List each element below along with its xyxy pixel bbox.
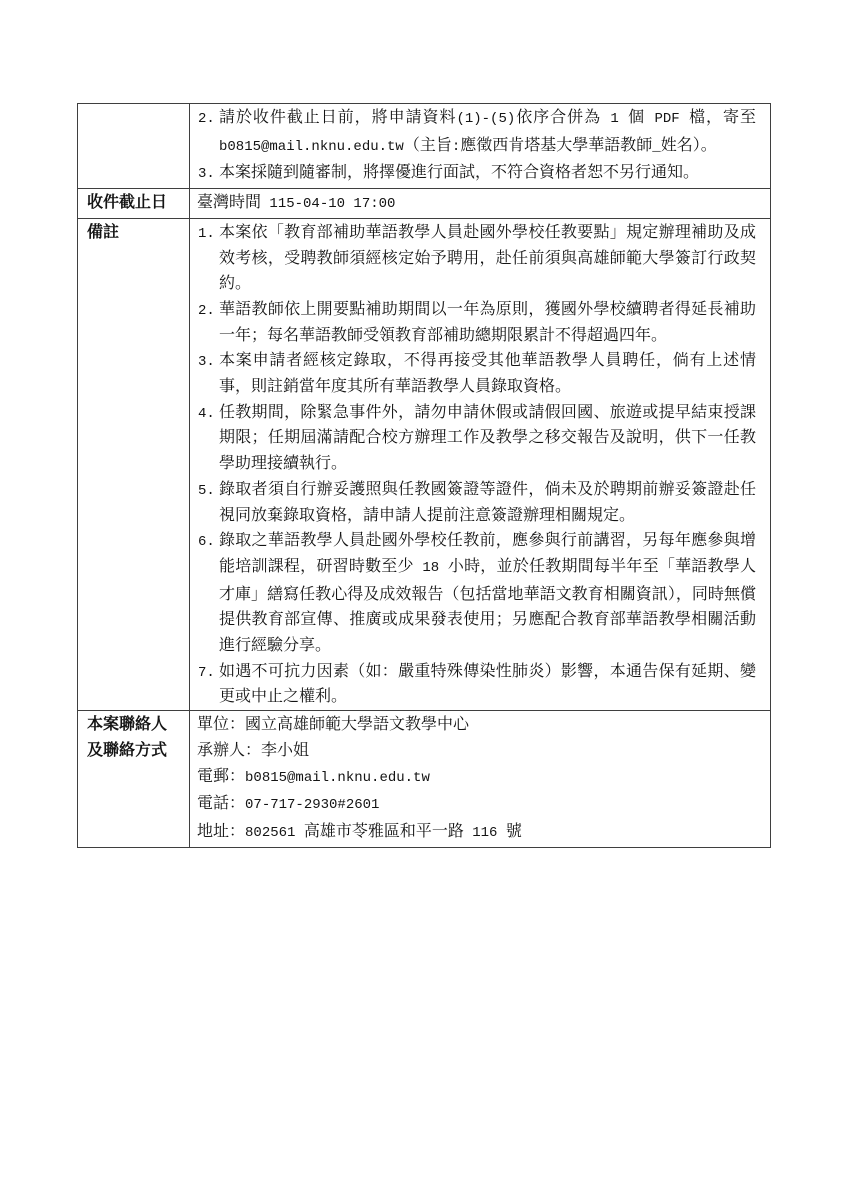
row-content-cell: 2.請於收件截止日前，將申請資料(1)-(5)依序合併為 1 個 PDF 檔，寄… <box>190 104 771 189</box>
latin-run: 5. <box>198 483 215 499</box>
latin-run: 1 <box>601 111 628 127</box>
text-line: 地址：802561 高雄市苓雅區和平一路 116 號 <box>190 819 770 847</box>
latin-run: 6. <box>198 534 215 550</box>
list-item-number: 2. <box>198 105 219 160</box>
latin-run: b0815@mail.nknu.edu.tw <box>245 770 430 786</box>
list-item-number: 6. <box>198 528 219 659</box>
list-item: 3.本案申請者經核定錄取，不得再接受其他華語教學人員聘任，倘有上述情事，則註銷當… <box>190 348 770 399</box>
list-item-number: 3. <box>198 348 219 399</box>
list-item-text: 本案採隨到隨審制，將擇優進行面試，不符合資格者恕不另行通知。 <box>219 160 770 188</box>
row-label: 備註 <box>87 220 185 246</box>
latin-run: (1)-(5) <box>456 111 515 127</box>
latin-run: 07-717-2930#2601 <box>245 797 379 813</box>
list-item-number: 4. <box>198 400 219 477</box>
list-item: 2.華語教師依上開要點補助期間以一年為原則，獲國外學校續聘者得延長補助一年；每名… <box>190 297 770 348</box>
latin-run: : <box>452 139 460 155</box>
table-row: 2.請於收件截止日前，將申請資料(1)-(5)依序合併為 1 個 PDF 檔，寄… <box>78 104 771 189</box>
list-item: 1.本案依「教育部補助華語教學人員赴國外學校任教要點」規定辦理補助及成效考核，受… <box>190 220 770 297</box>
text-line: 電郵：b0815@mail.nknu.edu.tw <box>190 764 770 792</box>
list-item: 7.如遇不可抗力因素（如：嚴重特殊傳染性肺炎）影響，本通告保有延期、變更或中止之… <box>190 659 770 710</box>
latin-run: _ <box>652 139 660 155</box>
text-line: 承辦人：李小姐 <box>190 738 770 764</box>
row-content-cell: 單位：國立高雄師範大學語文教學中心承辦人：李小姐電郵：b0815@mail.nk… <box>190 711 771 848</box>
list-item-text: 錄取之華語教學人員赴國外學校任教前，應參與行前講習，另每年應參與增能培訓課程，研… <box>219 528 770 659</box>
table-row: 收件截止日臺灣時間 115-04-10 17:00 <box>78 189 771 219</box>
list-item: 6.錄取之華語教學人員赴國外學校任教前，應參與行前講習，另每年應參與增能培訓課程… <box>190 528 770 659</box>
row-content-cell: 臺灣時間 115-04-10 17:00 <box>190 189 771 219</box>
row-label-cell: 本案聯絡人及聯絡方式 <box>78 711 190 848</box>
table-row: 本案聯絡人及聯絡方式單位：國立高雄師範大學語文教學中心承辦人：李小姐電郵：b08… <box>78 711 771 848</box>
latin-run: 2. <box>198 111 215 127</box>
latin-run: 3. <box>198 354 215 370</box>
list-item: 2.請於收件截止日前，將申請資料(1)-(5)依序合併為 1 個 PDF 檔，寄… <box>190 105 770 160</box>
latin-run: 4. <box>198 406 215 422</box>
row-label: 收件截止日 <box>87 190 185 216</box>
list-item-number: 5. <box>198 477 219 528</box>
row-label-cell <box>78 104 190 189</box>
text-line: 臺灣時間 115-04-10 17:00 <box>190 190 770 218</box>
list-item-text: 本案依「教育部補助華語教學人員赴國外學校任教要點」規定辦理補助及成效考核，受聘教… <box>219 220 770 297</box>
list-item-number: 7. <box>198 659 219 710</box>
list-item-text: 如遇不可抗力因素（如：嚴重特殊傳染性肺炎）影響，本通告保有延期、變更或中止之權利… <box>219 659 770 710</box>
latin-run: 2. <box>198 303 215 319</box>
row-label-cell: 收件截止日 <box>78 189 190 219</box>
list-item-text: 華語教師依上開要點補助期間以一年為原則，獲國外學校續聘者得延長補助一年；每名華語… <box>219 297 770 348</box>
list-item-text: 錄取者須自行辦妥護照與任教國簽證等證件，倘未及於聘期前辦妥簽證赴任視同放棄錄取資… <box>219 477 770 528</box>
list-item-text: 任教期間，除緊急事件外，請勿申請休假或請假回國、旅遊或提早結束授課期限；任期屆滿… <box>219 400 770 477</box>
latin-run: 802561 <box>245 825 304 841</box>
row-label: 本案聯絡人 <box>87 712 185 738</box>
list-item-number: 1. <box>198 220 219 297</box>
list-item-number: 3. <box>198 160 219 188</box>
row-label-cell: 備註 <box>78 218 190 710</box>
row-label: 及聯絡方式 <box>87 738 185 764</box>
table-row: 備註1.本案依「教育部補助華語教學人員赴國外學校任教要點」規定辦理補助及成效考核… <box>78 218 771 710</box>
row-content-cell: 1.本案依「教育部補助華語教學人員赴國外學校任教要點」規定辦理補助及成效考核，受… <box>190 218 771 710</box>
latin-run: b0815@mail.nknu.edu.tw <box>219 139 404 155</box>
notice-table: 2.請於收件截止日前，將申請資料(1)-(5)依序合併為 1 個 PDF 檔，寄… <box>77 103 771 848</box>
latin-run: 3. <box>198 166 215 182</box>
text-line: 電話：07-717-2930#2601 <box>190 791 770 819</box>
list-item-number: 2. <box>198 297 219 348</box>
latin-run: 1. <box>198 226 215 242</box>
text-line: 單位：國立高雄師範大學語文教學中心 <box>190 712 770 738</box>
list-item-text: 本案申請者經核定錄取，不得再接受其他華語教學人員聘任，倘有上述情事，則註銷當年度… <box>219 348 770 399</box>
latin-run: 18 <box>414 560 448 576</box>
latin-run: PDF <box>645 111 689 127</box>
list-item: 5.錄取者須自行辦妥護照與任教國簽證等證件，倘未及於聘期前辦妥簽證赴任視同放棄錄… <box>190 477 770 528</box>
document-page: 2.請於收件截止日前，將申請資料(1)-(5)依序合併為 1 個 PDF 檔，寄… <box>0 0 848 1200</box>
latin-run: 7. <box>198 665 215 681</box>
list-item: 4.任教期間，除緊急事件外，請勿申請休假或請假回國、旅遊或提早結束授課期限；任期… <box>190 400 770 477</box>
list-item-text: 請於收件截止日前，將申請資料(1)-(5)依序合併為 1 個 PDF 檔，寄至 … <box>219 105 770 160</box>
list-item: 3.本案採隨到隨審制，將擇優進行面試，不符合資格者恕不另行通知。 <box>190 160 770 188</box>
latin-run: 115-04-10 17:00 <box>261 196 395 212</box>
latin-run: 116 <box>464 825 506 841</box>
